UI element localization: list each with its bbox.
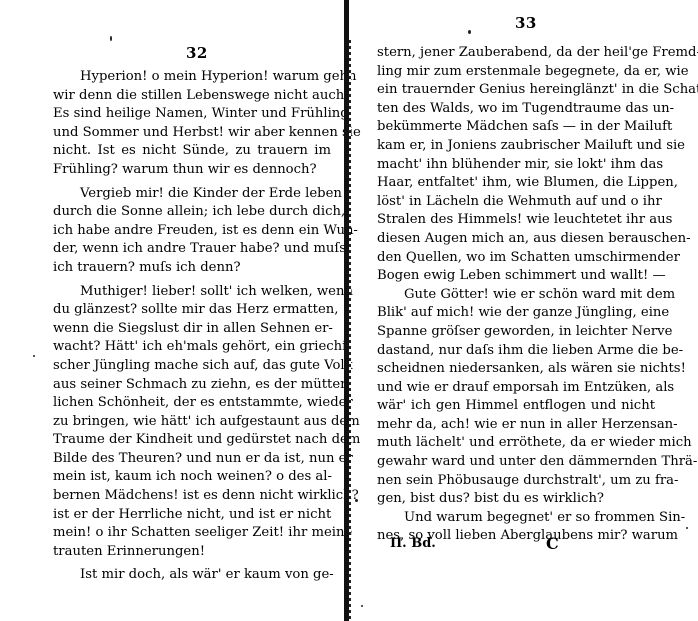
- text-line: Ist mir doch, als wär' er kaum von ge-: [53, 566, 331, 585]
- text-line: aus seiner Schmach zu ziehn, es der mütt…: [53, 376, 331, 395]
- page-text: Hyperion! o mein Hyperion! warum gehn wi…: [53, 68, 331, 585]
- text-line: trauten Erinnerungen!: [53, 543, 331, 562]
- page-text: stern, jener Zauberabend, da der heil'ge…: [377, 44, 655, 546]
- text-line: Und warum begegnet' er so frommen Sin-: [377, 509, 655, 528]
- text-line: nen sein Phöbusauge durchstralt', um zu …: [377, 472, 655, 491]
- text-line: stern, jener Zauberabend, da der heil'ge…: [377, 44, 655, 63]
- text-line: ist er der Herrliche nicht, und ist er n…: [53, 506, 331, 525]
- gathering-mark: C: [546, 534, 559, 553]
- text-line: scheidnen niedersanken, als wären sie ni…: [377, 360, 655, 379]
- text-line: ling mir zum erstenmale begegnete, da er…: [377, 63, 655, 82]
- text-line: Muthiger! lieber! sollt' ich welken, wen…: [53, 283, 331, 302]
- text-line: Hyperion! o mein Hyperion! warum gehn: [53, 68, 331, 87]
- text-line: Blik' auf mich! wie der ganze Jüngling, …: [377, 304, 655, 323]
- text-line: löst' in Lächeln die Wehmuth auf und o i…: [377, 193, 655, 212]
- text-line: mein ist, kaum ich noch weinen? o des al…: [53, 468, 331, 487]
- text-line: macht' ihn blühender mir, sie lokt' ihm …: [377, 156, 655, 175]
- text-line: lichen Schönheit, der es entstammte, wie…: [53, 394, 331, 413]
- text-line: der, wenn ich andre Trauer habe? und muſ…: [53, 240, 331, 259]
- page-number: 32: [186, 44, 208, 62]
- text-line: wacht? Hätt' ich eh'mals gehört, ein gri…: [53, 338, 331, 357]
- text-line: ten des Walds, wo im Tugendtraume das un…: [377, 100, 655, 119]
- text-line: wär' ich gen Himmel entflogen und nicht: [377, 397, 655, 416]
- scan-speck: [33, 355, 35, 357]
- page-number: 33: [515, 14, 537, 32]
- text-line: nicht. Ist es nicht Sünde, zu trauern im: [53, 142, 331, 161]
- scan-speck: [686, 527, 688, 529]
- text-line: mein! o ihr Schatten seeliger Zeit! ihr …: [53, 524, 331, 543]
- text-line: Frühling? warum thun wir es dennoch?: [53, 161, 331, 180]
- right-page: 33 stern, jener Zauberabend, da der heil…: [351, 0, 698, 621]
- scan-speck: [355, 499, 358, 502]
- text-line: gewahr ward und unter den dämmernden Thr…: [377, 453, 655, 472]
- text-line: ein trauernder Genius hereinglänzt' in d…: [377, 81, 655, 100]
- scan-speck: [110, 36, 112, 41]
- text-line: wenn die Siegslust dir in allen Sehnen e…: [53, 320, 331, 339]
- text-line: du glänzest? sollte mir das Herz ermatte…: [53, 301, 331, 320]
- book-spread: 32 Hyperion! o mein Hyperion! warum gehn…: [0, 0, 698, 621]
- scan-speck: [468, 30, 471, 34]
- text-line: Gute Götter! wie er schön ward mit dem: [377, 286, 655, 305]
- text-line: und wie er drauf emporsah im Entzüken, a…: [377, 379, 655, 398]
- text-line: zu bringen, wie hätt' ich aufgestaunt au…: [53, 413, 331, 432]
- text-line: dastand, nur daſs ihm die lieben Arme di…: [377, 342, 655, 361]
- text-line: den Quellen, wo im Schatten umschirmende…: [377, 249, 655, 268]
- text-line: diesen Augen mich an, aus diesen berausc…: [377, 230, 655, 249]
- text-line: bernen Mädchens! ist es denn nicht wirkl…: [53, 487, 331, 506]
- text-line: ich habe andre Freuden, ist es denn ein …: [53, 222, 331, 241]
- text-line: Traume der Kindheit und gedürstet nach d…: [53, 431, 331, 450]
- text-line: durch die Sonne allein; ich lebe durch d…: [53, 203, 331, 222]
- text-line: gen, bist dus? bist du es wirklich?: [377, 490, 655, 509]
- text-line: Spanne gröſser geworden, in leichter Ner…: [377, 323, 655, 342]
- text-line: Bogen ewig Leben schimmert und wallt! —: [377, 267, 655, 286]
- left-page: 32 Hyperion! o mein Hyperion! warum gehn…: [0, 0, 344, 621]
- text-line: bekümmerte Mädchen saſs — in der Mailuft: [377, 118, 655, 137]
- text-line: Bilde des Theuren? und nun er da ist, nu…: [53, 450, 331, 469]
- text-line: Es sind heilige Namen, Winter und Frühli…: [53, 105, 331, 124]
- volume-signature: II. Bd.: [390, 536, 436, 551]
- text-line: muth lächelt' und erröthete, da er wiede…: [377, 434, 655, 453]
- text-line: Haar, entfaltet' ihm, wie Blumen, die Li…: [377, 174, 655, 193]
- text-line: und Sommer und Herbst! wir aber kennen s…: [53, 124, 331, 143]
- text-line: kam er, in Joniens zaubrischer Mailuft u…: [377, 137, 655, 156]
- text-line: Stralen des Himmels! wie leuchtetet ihr …: [377, 211, 655, 230]
- text-line: wir denn die stillen Lebenswege nicht au…: [53, 87, 331, 106]
- scan-speck: [361, 605, 363, 607]
- text-line: mehr da, ach! wie er nun in aller Herzen…: [377, 416, 655, 435]
- text-line: ich trauern? muſs ich denn?: [53, 259, 331, 278]
- text-line: scher Jüngling mache sich auf, das gute …: [53, 357, 331, 376]
- text-line: Vergieb mir! die Kinder der Erde leben: [53, 185, 331, 204]
